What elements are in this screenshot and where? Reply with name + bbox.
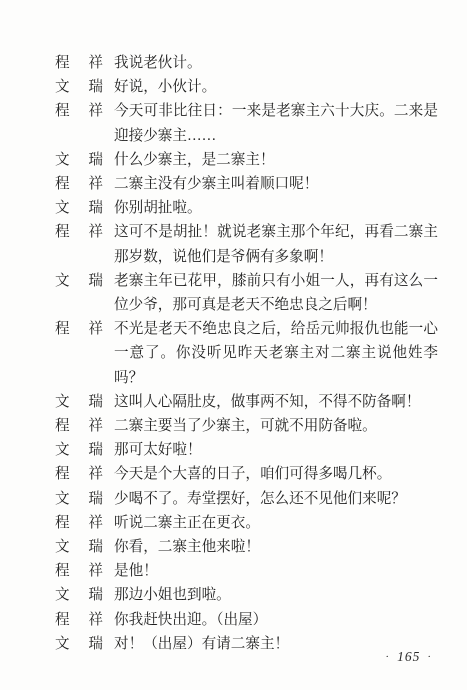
speaker-name: 程 祥 (55, 220, 103, 244)
speaker-char-last: 祥 (88, 317, 103, 341)
page-number: · 165 · (385, 645, 432, 669)
speaker-char-last: 瑞 (88, 196, 103, 220)
dialogue-text: 老寨主年已花甲，膝前只有小姐一人，再有这么一位少爷，那可真是老天不绝忠良之后啊！ (114, 269, 438, 317)
speaker-char-first: 程 (55, 51, 70, 75)
dialogue-line: 程 祥 我说老伙计。 (55, 51, 438, 75)
dialogue-line: 程 祥 今天是个大喜的日子，咱们可得多喝几杯。 (55, 462, 438, 486)
dialogue-line: 程 祥 今天可非比往日：一来是老寨主六十大庆。二来是迎接少寨主…… (55, 99, 438, 147)
speaker-char-last: 瑞 (88, 487, 103, 511)
speaker-char-last: 瑞 (88, 632, 103, 656)
dialogue-line: 文 瑞 这叫人心隔肚皮，做事两不知，不得不防备啊！ (55, 390, 438, 414)
speaker-name: 程 祥 (55, 414, 103, 438)
dialogue-line: 文 瑞 少喝不了。寿堂摆好，怎么还不见他们来呢？ (55, 487, 438, 511)
speaker-name: 程 祥 (55, 608, 103, 632)
dialogue-text: 是他！ (114, 559, 438, 583)
speaker-char-first: 文 (55, 632, 70, 656)
speaker-name: 程 祥 (55, 99, 103, 123)
dialogue-text: 这叫人心隔肚皮，做事两不知，不得不防备啊！ (114, 390, 438, 414)
speaker-char-first: 文 (55, 487, 70, 511)
speaker-char-last: 瑞 (88, 535, 103, 559)
speaker-name: 文 瑞 (55, 535, 103, 559)
speaker-name: 程 祥 (55, 51, 103, 75)
speaker-name: 文 瑞 (55, 583, 103, 607)
speaker-name: 文 瑞 (55, 438, 103, 462)
dialogue-text: 你别胡扯啦。 (114, 196, 438, 220)
dialogue-line: 程 祥 你我赶快出迎。（出屋） (55, 608, 438, 632)
speaker-char-first: 程 (55, 414, 70, 438)
speaker-char-first: 文 (55, 269, 70, 293)
speaker-char-first: 文 (55, 196, 70, 220)
speaker-char-first: 程 (55, 608, 70, 632)
dialogue-line: 文 瑞 老寨主年已花甲，膝前只有小姐一人，再有这么一位少爷，那可真是老天不绝忠良… (55, 269, 438, 317)
speaker-char-first: 文 (55, 535, 70, 559)
dialogue-text: 那边小姐也到啦。 (114, 583, 438, 607)
speaker-char-last: 祥 (88, 99, 103, 123)
dialogue-text: 少喝不了。寿堂摆好，怎么还不见他们来呢？ (114, 487, 438, 511)
dialogue-text: 你我赶快出迎。（出屋） (114, 608, 438, 632)
speaker-char-last: 祥 (88, 462, 103, 486)
speaker-char-last: 瑞 (88, 390, 103, 414)
dialogue-text: 二寨主要当了少寨主，可就不用防备啦。 (114, 414, 438, 438)
speaker-char-first: 程 (55, 99, 70, 123)
speaker-char-first: 文 (55, 583, 70, 607)
dialogue-text: 你看，二寨主他来啦！ (114, 535, 438, 559)
speaker-char-last: 瑞 (88, 269, 103, 293)
page-number-ornament-left: · (385, 652, 390, 663)
dialogue-text: 二寨主没有少寨主叫着顺口呢！ (114, 172, 438, 196)
speaker-char-first: 程 (55, 172, 70, 196)
dialogue-line: 程 祥 二寨主要当了少寨主，可就不用防备啦。 (55, 414, 438, 438)
dialogue-line: 文 瑞 好说，小伙计。 (55, 75, 438, 99)
dialogue-line: 文 瑞 那边小姐也到啦。 (55, 583, 438, 607)
speaker-name: 程 祥 (55, 511, 103, 535)
dialogue-text: 今天是个大喜的日子，咱们可得多喝几杯。 (114, 462, 438, 486)
dialogue-text: 好说，小伙计。 (114, 75, 438, 99)
speaker-char-last: 瑞 (88, 148, 103, 172)
dialogue-line: 程 祥 不光是老天不绝忠良之后，给岳元帅报仇也能一心一意了。你没听见昨天老寨主对… (55, 317, 438, 390)
speaker-char-last: 祥 (88, 51, 103, 75)
dialogue-text: 不光是老天不绝忠良之后，给岳元帅报仇也能一心一意了。你没听见昨天老寨主对二寨主说… (114, 317, 438, 390)
speaker-char-last: 祥 (88, 511, 103, 535)
dialogue-text: 我说老伙计。 (114, 51, 438, 75)
speaker-name: 文 瑞 (55, 390, 103, 414)
speaker-char-last: 瑞 (88, 583, 103, 607)
speaker-name: 文 瑞 (55, 196, 103, 220)
speaker-char-last: 祥 (88, 414, 103, 438)
speaker-name: 文 瑞 (55, 148, 103, 172)
page-number-ornament-right: · (427, 652, 432, 663)
dialogue-text: 这可不是胡扯！就说老寨主那个年纪，再看二寨主那岁数，说他们是爷俩有多象啊！ (114, 220, 438, 268)
speaker-char-last: 祥 (88, 172, 103, 196)
speaker-char-last: 祥 (88, 220, 103, 244)
speaker-char-first: 程 (55, 559, 70, 583)
speaker-char-first: 文 (55, 438, 70, 462)
speaker-name: 程 祥 (55, 172, 103, 196)
dialogue-line: 程 祥 这可不是胡扯！就说老寨主那个年纪，再看二寨主那岁数，说他们是爷俩有多象啊… (55, 220, 438, 268)
speaker-name: 文 瑞 (55, 75, 103, 99)
dialogue-line: 文 瑞 什么少寨主，是二寨主！ (55, 148, 438, 172)
speaker-char-first: 程 (55, 511, 70, 535)
dialogue-text: 今天可非比往日：一来是老寨主六十大庆。二来是迎接少寨主…… (114, 99, 438, 147)
speaker-name: 文 瑞 (55, 632, 103, 656)
speaker-char-first: 文 (55, 75, 70, 99)
speaker-char-first: 程 (55, 462, 70, 486)
dialogue-text: 什么少寨主，是二寨主！ (114, 148, 438, 172)
speaker-name: 程 祥 (55, 317, 103, 341)
speaker-char-first: 程 (55, 317, 70, 341)
speaker-name: 文 瑞 (55, 269, 103, 293)
speaker-name: 程 祥 (55, 462, 103, 486)
dialogue-list: 程 祥 我说老伙计。 文 瑞 好说，小伙计。 程 祥 今天可非比往日：一来是老寨… (55, 51, 438, 656)
book-page: 程 祥 我说老伙计。 文 瑞 好说，小伙计。 程 祥 今天可非比往日：一来是老寨… (0, 0, 467, 690)
speaker-name: 程 祥 (55, 559, 103, 583)
speaker-char-last: 祥 (88, 559, 103, 583)
dialogue-line: 文 瑞 你别胡扯啦。 (55, 196, 438, 220)
dialogue-line: 文 瑞 对！（出屋）有请二寨主！ (55, 632, 438, 656)
dialogue-line: 文 瑞 你看，二寨主他来啦！ (55, 535, 438, 559)
speaker-name: 文 瑞 (55, 487, 103, 511)
page-number-value: 165 (397, 645, 420, 669)
speaker-char-last: 瑞 (88, 75, 103, 99)
speaker-char-last: 瑞 (88, 438, 103, 462)
speaker-char-last: 祥 (88, 608, 103, 632)
dialogue-line: 文 瑞 那可太好啦！ (55, 438, 438, 462)
speaker-char-first: 文 (55, 148, 70, 172)
dialogue-text: 那可太好啦！ (114, 438, 438, 462)
speaker-char-first: 文 (55, 390, 70, 414)
dialogue-text: 听说二寨主正在更衣。 (114, 511, 438, 535)
dialogue-line: 程 祥 听说二寨主正在更衣。 (55, 511, 438, 535)
dialogue-line: 程 祥 是他！ (55, 559, 438, 583)
speaker-char-first: 程 (55, 220, 70, 244)
dialogue-line: 程 祥 二寨主没有少寨主叫着顺口呢！ (55, 172, 438, 196)
